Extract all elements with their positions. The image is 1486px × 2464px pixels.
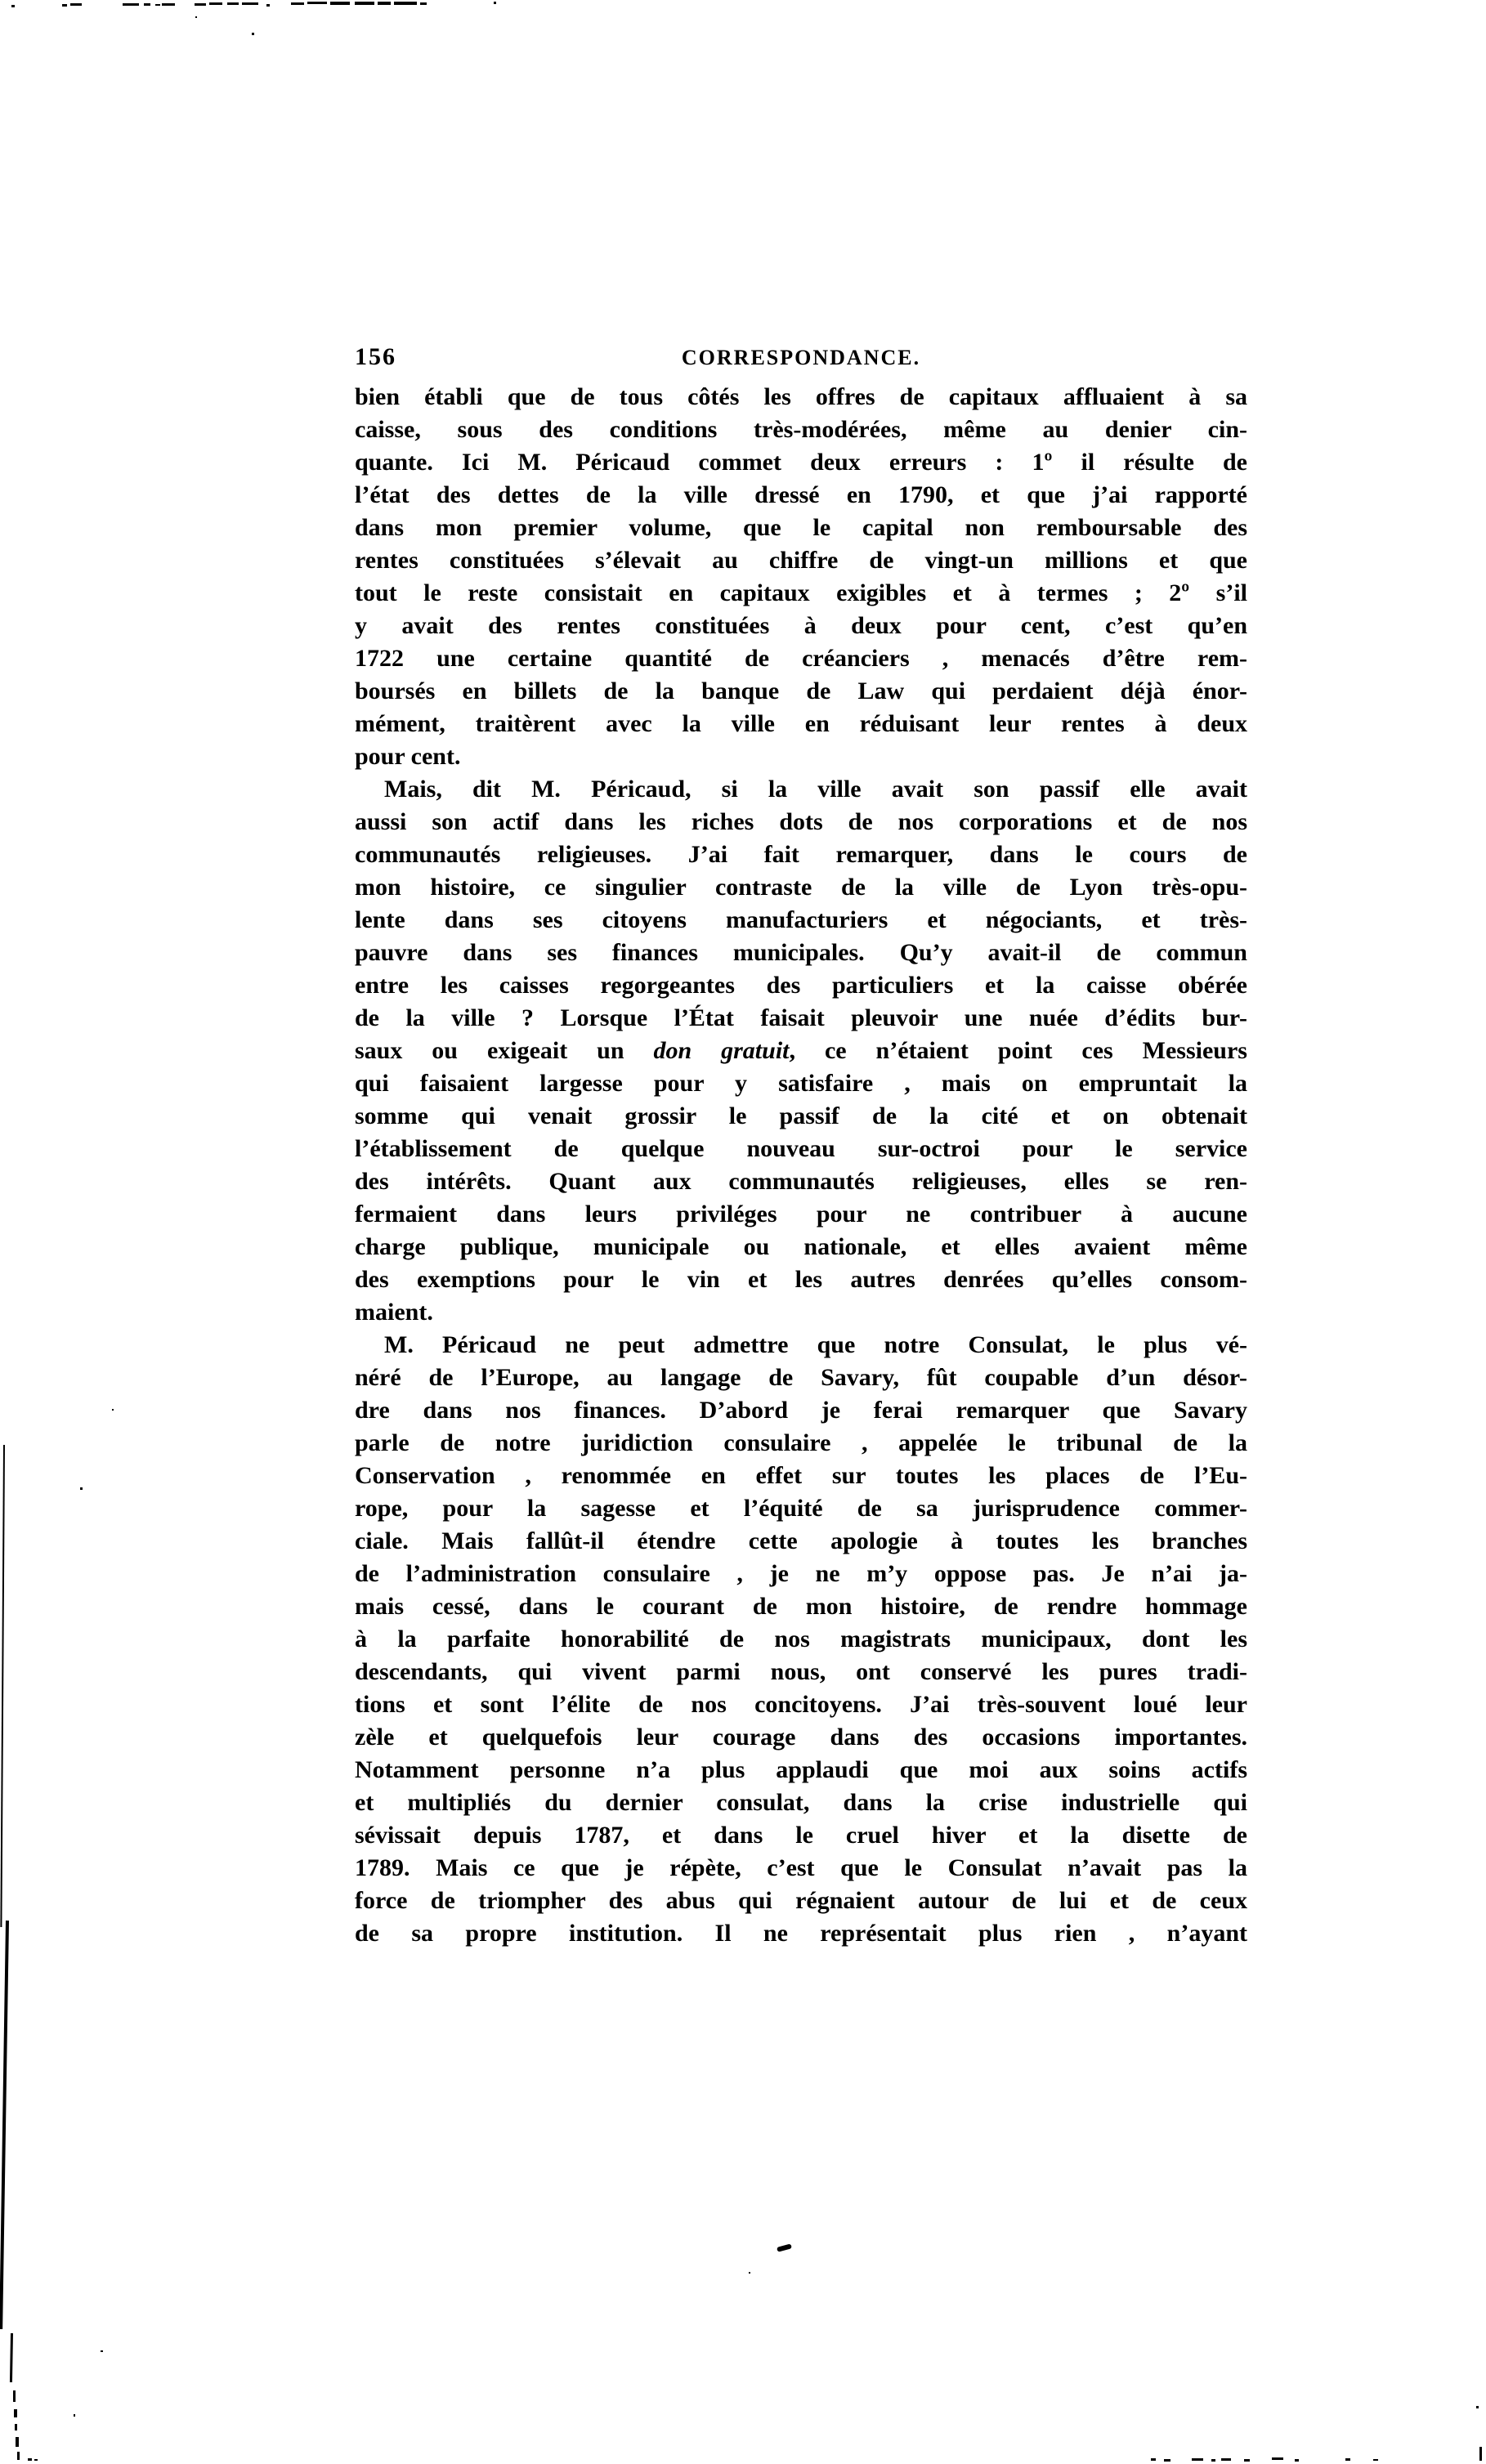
text-segment: fermaient dans leurs priviléges pour ne … <box>355 1201 1247 1228</box>
text-line: fermaient dans leurs priviléges pour ne … <box>355 1198 1247 1231</box>
text-segment: l’établissement de quelque nouveau sur-o… <box>355 1135 1247 1162</box>
text-line: Mais, dit M. Péricaud, si la ville avait… <box>355 773 1247 806</box>
text-segment: caisse, sous des conditions très-modérée… <box>355 416 1247 443</box>
scan-dash <box>155 4 160 6</box>
text-line: à la parfaite honorabilité de nos magist… <box>355 1623 1247 1656</box>
text-segment: Conservation , renommée en effet sur tou… <box>355 1462 1247 1489</box>
scan-speck <box>195 16 197 18</box>
text-line: dans mon premier volume, que le capital … <box>355 512 1247 544</box>
scan-speck <box>101 2350 103 2352</box>
scan-dash <box>14 2409 17 2417</box>
text-segment: de la ville ? Lorsque l’État faisait ple… <box>355 1004 1247 1031</box>
text-line: Conservation , renommée en effet sur tou… <box>355 1460 1247 1492</box>
text-line: rentes constituées s’élevait au chiffre … <box>355 544 1247 577</box>
scan-dash <box>1151 2458 1156 2461</box>
text-line: aussi son actif dans les riches dots de … <box>355 806 1247 838</box>
text-line: 1789. Mais ce que je répète, c’est que l… <box>355 1852 1247 1885</box>
text-segment: bien établi que de tous côtés les offres… <box>355 383 1247 410</box>
text-segment: à la parfaite honorabilité de nos magist… <box>355 1626 1247 1652</box>
text-segment: Mais, dit M. Péricaud, si la ville avait… <box>384 776 1247 803</box>
text-segment: parle de notre juridiction consulaire , … <box>355 1429 1247 1456</box>
text-line: dre dans nos finances. D’abord je ferai … <box>355 1394 1247 1427</box>
scan-speck <box>112 1409 114 1411</box>
scan-dash <box>227 2 239 5</box>
text-segment: ciale. Mais fallût-il étendre cette apol… <box>355 1527 1247 1554</box>
text-segment: des intérêts. Quant aux communautés reli… <box>355 1168 1247 1195</box>
text-line: M. Péricaud ne peut admettre que notre C… <box>355 1329 1247 1362</box>
scan-dash <box>13 2390 16 2402</box>
text-line: tions et sont l’élite de nos concitoyens… <box>355 1688 1247 1721</box>
gutter-shadow-line <box>0 1445 5 1927</box>
text-segment: lente dans ses citoyens manufacturiers e… <box>355 906 1247 933</box>
text-segment: tions et sont l’élite de nos concitoyens… <box>355 1691 1247 1718</box>
text-line: ciale. Mais fallût-il étendre cette apol… <box>355 1525 1247 1558</box>
text-segment: mément, traitèrent avec la ville en rédu… <box>355 710 1247 737</box>
scan-dash <box>162 3 175 6</box>
text-segment: charge publique, municipale ou nationale… <box>355 1233 1247 1260</box>
text-line: force de triompher des abus qui régnaien… <box>355 1885 1247 1917</box>
text-line: mais cessé, dans le courant de mon histo… <box>355 1590 1247 1623</box>
text-segment: qui faisaient largesse pour y satisfaire… <box>355 1070 1247 1097</box>
text-segment: pauvre dans ses finances municipales. Qu… <box>355 939 1247 966</box>
scan-dash <box>209 2 222 5</box>
text-segment: 1722 une certaine quantité de créanciers… <box>355 645 1247 672</box>
scan-dash <box>266 4 270 7</box>
gutter-shadow-line <box>10 2333 13 2382</box>
scan-dash <box>378 2 391 5</box>
text-segment: somme qui venait grossir le passif de la… <box>355 1102 1247 1129</box>
text-line: l’état des dettes de la ville dressé en … <box>355 479 1247 512</box>
text-line: qui faisaient largesse pour y satisfaire… <box>355 1067 1247 1100</box>
text-segment: des exemptions pour le vin et les autres… <box>355 1266 1247 1293</box>
text-line: caisse, sous des conditions très-modérée… <box>355 414 1247 446</box>
text-segment: mais cessé, dans le courant de mon histo… <box>355 1593 1247 1620</box>
text-line: parle de notre juridiction consulaire , … <box>355 1427 1247 1460</box>
text-segment: néré de l’Europe, au langage de Savary, … <box>355 1364 1247 1391</box>
text-line: des exemptions pour le vin et les autres… <box>355 1263 1247 1296</box>
scan-dash <box>291 2 304 5</box>
text-segment: de sa propre institution. Il ne représen… <box>355 1920 1247 1947</box>
italic-phrase: don gratuit <box>654 1037 790 1064</box>
text-line: tout le reste consistait en capitaux exi… <box>355 577 1247 610</box>
text-segment: rope, pour la sagesse et l’équité de sa … <box>355 1495 1247 1522</box>
scan-dash <box>1345 2458 1350 2461</box>
text-segment: boursés en billets de la banque de Law q… <box>355 677 1247 704</box>
text-line: rope, pour la sagesse et l’équité de sa … <box>355 1492 1247 1525</box>
scan-dash <box>144 3 150 6</box>
text-segment: tout le reste consistait en capitaux exi… <box>355 579 1247 606</box>
scan-speck <box>34 2459 38 2461</box>
text-line: Notamment personne n’a plus applaudi que… <box>355 1754 1247 1787</box>
scan-dash <box>394 2 417 5</box>
scan-dash <box>17 2452 20 2460</box>
scan-speck <box>749 2272 750 2274</box>
text-segment: , ce n’étaient point ces Messieurs <box>790 1037 1247 1064</box>
scan-dash <box>1479 2447 1482 2461</box>
text-line: mon histoire, ce singulier contraste de … <box>355 871 1247 904</box>
text-segment: M. Péricaud ne peut admettre que notre C… <box>384 1331 1247 1358</box>
scan-dash <box>1373 2459 1378 2461</box>
text-line: pour cent. <box>355 740 1247 773</box>
scan-dash <box>330 2 350 5</box>
scan-dash <box>242 2 258 5</box>
scan-speck <box>74 2414 75 2417</box>
text-segment: 1789. Mais ce que je répète, c’est que l… <box>355 1854 1247 1881</box>
text-line: boursés en billets de la banque de Law q… <box>355 675 1247 708</box>
text-line: lente dans ses citoyens manufacturiers e… <box>355 904 1247 937</box>
text-segment: zèle et quelquefois leur courage dans de… <box>355 1724 1247 1751</box>
text-line: y avait des rentes constituées à deux po… <box>355 610 1247 642</box>
body-text: bien établi que de tous côtés les offres… <box>355 381 1247 1950</box>
scan-dash <box>1272 2457 1283 2460</box>
text-segment: descendants, qui vivent parmi nous, ont … <box>355 1658 1247 1685</box>
running-header: CORRESPONDANCE. <box>355 346 1247 370</box>
text-line: 1722 une certaine quantité de créanciers… <box>355 642 1247 675</box>
text-segment: aussi son actif dans les riches dots de … <box>355 808 1247 835</box>
scan-dash <box>1211 2459 1215 2462</box>
text-line: mément, traitèrent avec la ville en rédu… <box>355 708 1247 740</box>
scan-dash <box>15 2424 17 2430</box>
scan-dash <box>307 2 327 4</box>
text-line: somme qui venait grossir le passif de la… <box>355 1100 1247 1133</box>
text-line: communautés religieuses. J’ai fait remar… <box>355 838 1247 871</box>
scan-dash <box>1192 2458 1203 2461</box>
scan-speck <box>1476 2406 1479 2408</box>
text-segment: Notamment personne n’a plus applaudi que… <box>355 1756 1247 1783</box>
text-line: quante. Ici M. Péricaud commet deux erre… <box>355 446 1247 479</box>
text-line: des intérêts. Quant aux communautés reli… <box>355 1165 1247 1198</box>
scan-dash <box>70 3 82 6</box>
scan-dash <box>1164 2459 1170 2462</box>
text-line: et multipliés du dernier consulat, dans … <box>355 1787 1247 1819</box>
scan-dash <box>16 2437 19 2447</box>
scan-dash <box>62 4 67 7</box>
scan-speck <box>28 2458 32 2461</box>
text-segment: pour cent. <box>355 743 460 770</box>
text-segment: mon histoire, ce singulier contraste de … <box>355 874 1247 901</box>
text-segment: de l’administration consulaire , je ne m… <box>355 1560 1247 1587</box>
text-segment: sévissait depuis 1787, et dans le cruel … <box>355 1822 1247 1849</box>
text-line: de sa propre institution. Il ne représen… <box>355 1917 1247 1950</box>
text-line: sévissait depuis 1787, et dans le cruel … <box>355 1819 1247 1852</box>
text-segment: dre dans nos finances. D’abord je ferai … <box>355 1397 1247 1424</box>
scan-dash <box>1221 2458 1231 2461</box>
scan-speck <box>80 1487 83 1490</box>
text-line: charge publique, municipale ou nationale… <box>355 1231 1247 1263</box>
text-segment: dans mon premier volume, que le capital … <box>355 514 1247 541</box>
text-segment: communautés religieuses. J’ai fait remar… <box>355 841 1247 868</box>
ink-slash-mark <box>777 2243 792 2252</box>
text-line: entre les caisses regorgeantes des parti… <box>355 969 1247 1002</box>
scan-dash <box>11 5 15 7</box>
scan-speck <box>494 2 496 4</box>
text-segment: l’état des dettes de la ville dressé en … <box>355 481 1247 508</box>
scan-speck <box>252 33 254 35</box>
scanned-page: 156 CORRESPONDANCE. bien établi que de t… <box>0 0 1486 2464</box>
scan-dash <box>1244 2459 1250 2462</box>
text-line: descendants, qui vivent parmi nous, ont … <box>355 1656 1247 1688</box>
scan-dash <box>1295 2459 1299 2462</box>
text-segment: entre les caisses regorgeantes des parti… <box>355 972 1247 999</box>
text-line: de la ville ? Lorsque l’État faisait ple… <box>355 1002 1247 1035</box>
text-segment: force de triompher des abus qui régnaien… <box>355 1887 1247 1914</box>
text-line: pauvre dans ses finances municipales. Qu… <box>355 937 1247 969</box>
scan-dash <box>123 3 139 6</box>
text-segment: saux ou exigeait un <box>355 1037 654 1064</box>
text-line: bien établi que de tous côtés les offres… <box>355 381 1247 414</box>
text-line: maient. <box>355 1296 1247 1329</box>
text-line: l’établissement de quelque nouveau sur-o… <box>355 1133 1247 1165</box>
text-segment: maient. <box>355 1299 433 1326</box>
scan-dash <box>420 2 427 5</box>
scan-dash <box>195 3 206 6</box>
text-line: saux ou exigeait un don gratuit, ce n’ét… <box>355 1035 1247 1067</box>
text-segment: quante. Ici M. Péricaud commet deux erre… <box>355 449 1247 476</box>
text-segment: rentes constituées s’élevait au chiffre … <box>355 547 1247 574</box>
gutter-shadow-line <box>0 1921 9 2329</box>
text-line: de l’administration consulaire , je ne m… <box>355 1558 1247 1590</box>
text-segment: et multipliés du dernier consulat, dans … <box>355 1789 1247 1816</box>
text-segment: y avait des rentes constituées à deux po… <box>355 612 1247 639</box>
page-header: 156 CORRESPONDANCE. <box>355 343 1247 374</box>
text-line: zèle et quelquefois leur courage dans de… <box>355 1721 1247 1754</box>
text-line: néré de l’Europe, au langage de Savary, … <box>355 1362 1247 1394</box>
scan-dash <box>355 2 374 5</box>
